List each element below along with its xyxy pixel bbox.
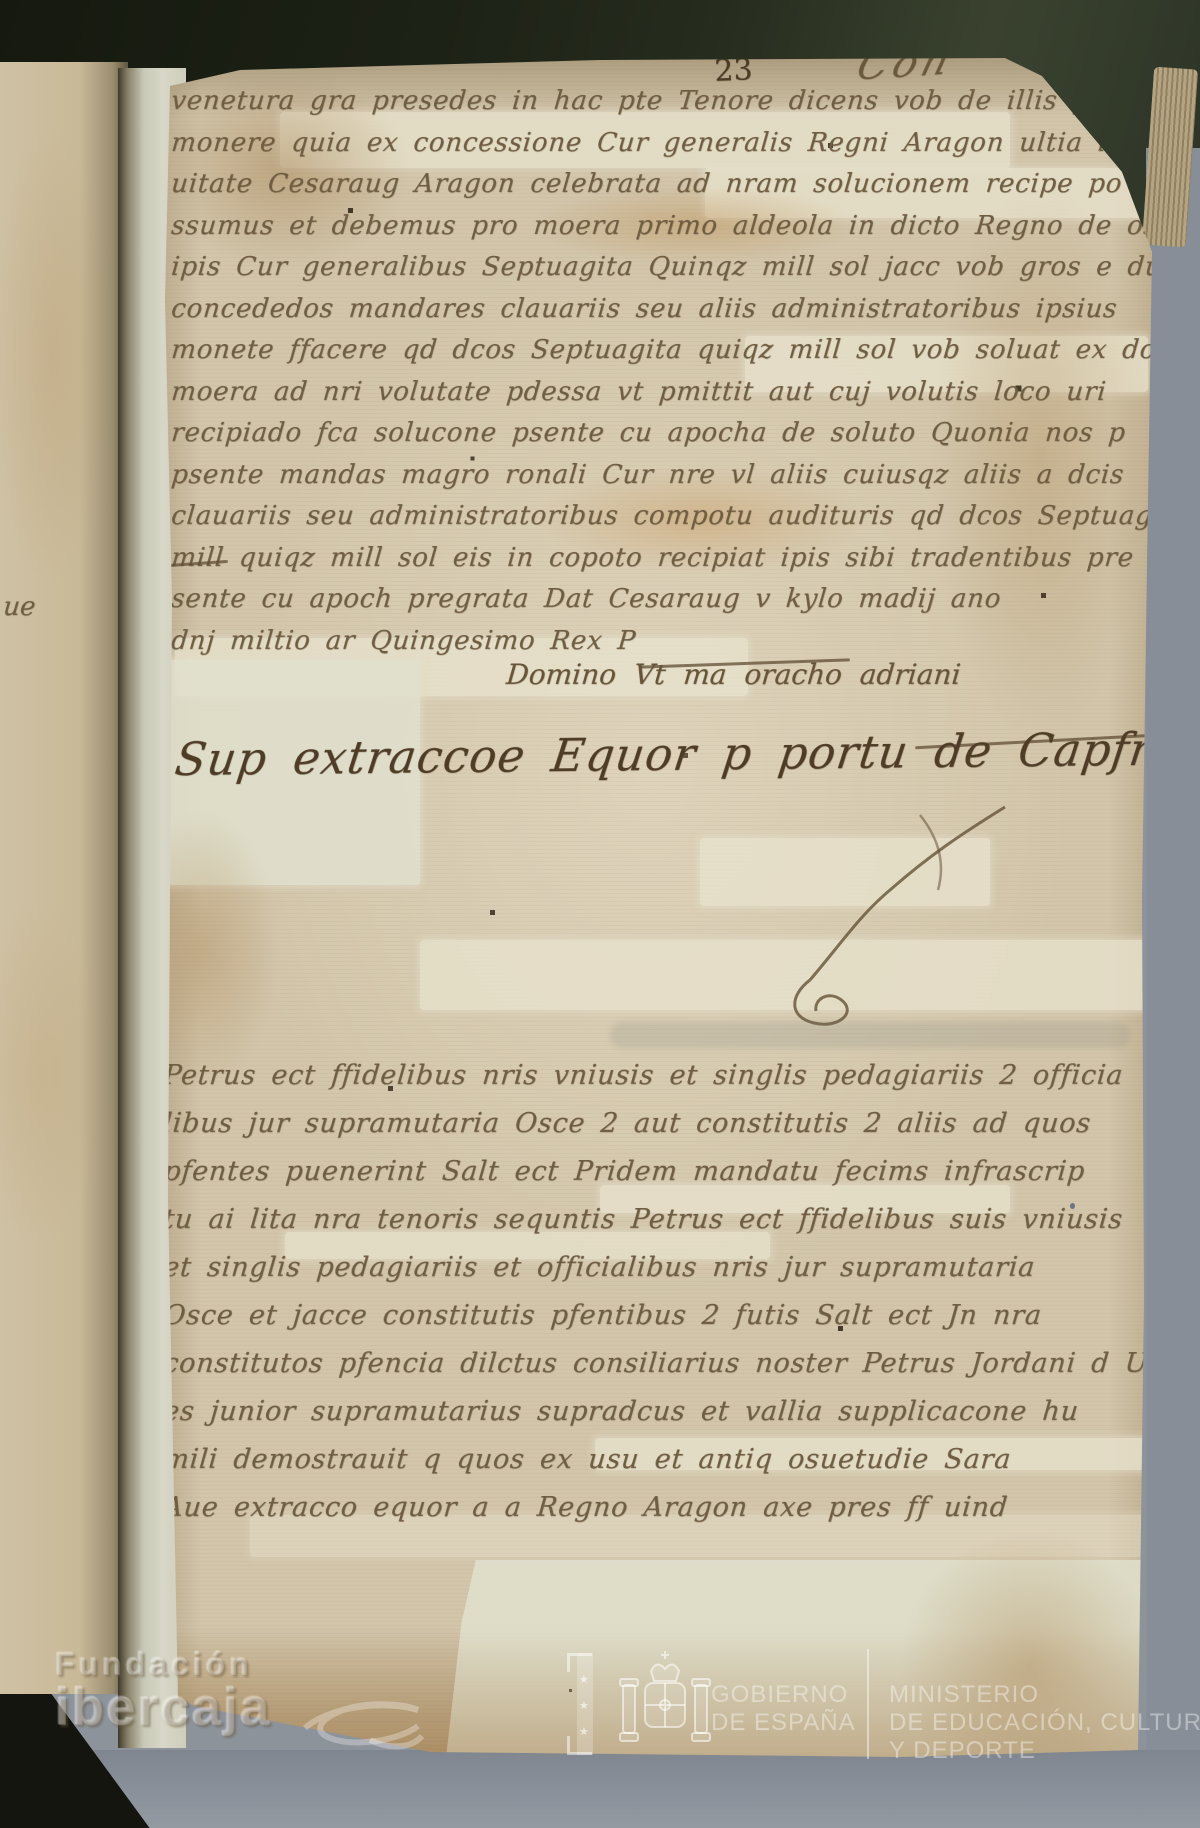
manuscript-line: uitate Cesaraug Aragon celebrata ad nram… bbox=[170, 169, 1124, 199]
margin-ink-mark: ue bbox=[2, 592, 37, 622]
manuscript-line: mili demostrauit q quos ex usu et antiq … bbox=[162, 1444, 1013, 1475]
manuscript-line: recipiado fca solucone psente cu apocha … bbox=[170, 418, 1127, 448]
manuscript-line: ipis Cur generalibus Septuagita Quinqz m… bbox=[170, 252, 1200, 282]
manuscript-line: pfentes puenerint Salt ect Pridem mandat… bbox=[162, 1156, 1086, 1187]
manuscript-line: concededos mandares clauariis seu aliis … bbox=[170, 294, 1119, 324]
spain-coat-of-arms-icon bbox=[615, 1649, 715, 1761]
ministerio-watermark-line2: DE EDUCACIÓN, CULTURA bbox=[889, 1709, 1200, 1737]
manuscript-photo-scene: ue 23 Con venetura gra presedes in hac p… bbox=[0, 0, 1200, 1828]
pen-flourish-icon bbox=[770, 795, 1020, 1035]
manuscript-line: Petrus ect ffidelibus nris vniusis et si… bbox=[162, 1060, 1125, 1091]
flag-bar-icon: ★★★ bbox=[567, 1653, 601, 1755]
watermark-divider bbox=[867, 1649, 869, 1759]
ministerio-watermark-line3: Y DEPORTE bbox=[889, 1737, 1036, 1765]
manuscript-line: es junior supramutarius supradcus et val… bbox=[162, 1396, 1080, 1427]
government-watermark: ★★★ GOBIERNO DE ESPAÑA MINISTERIO DE EDU… bbox=[555, 1645, 1200, 1765]
gobierno-watermark-line1: GOBIERNO bbox=[711, 1681, 848, 1709]
manuscript-line: clauariis seu administratoribus compotu … bbox=[170, 501, 1191, 531]
manuscript-line: monere quia ex concessione Cur generalis… bbox=[170, 128, 1165, 158]
faint-smudge bbox=[610, 1022, 1130, 1048]
previous-page-edge bbox=[0, 62, 128, 1694]
section-heading: Sup extraccoe Equor p portu de Capfranch… bbox=[172, 721, 1200, 786]
manuscript-line: sente cu apoch pregrata Dat Cesaraug v k… bbox=[170, 584, 1003, 614]
ibercaja-logo-icon bbox=[300, 1688, 425, 1758]
manuscript-line: tu ai lita nra tenoris sequntis Petrus e… bbox=[162, 1204, 1124, 1235]
manuscript-line: moera ad nri volutate pdessa vt pmittit … bbox=[170, 377, 1108, 407]
manuscript-line: venetura gra presedes in hac pte Tenore … bbox=[170, 86, 1176, 116]
manuscript-leaf: 23 Con venetura gra presedes in hac pte … bbox=[140, 50, 1160, 1762]
gobierno-watermark-line2: DE ESPAÑA bbox=[711, 1709, 856, 1737]
manuscript-line: dnj miltio ar Quingesimo Rex P bbox=[170, 626, 637, 656]
manuscript-line: constitutos pfencia dilctus consiliarius… bbox=[162, 1348, 1187, 1379]
manuscript-line: et singlis pedagiariis et officialibus n… bbox=[162, 1252, 1037, 1283]
manuscript-line: Aue extracco equor a a Regno Aragon axe … bbox=[162, 1492, 1009, 1523]
gray-table-right bbox=[1146, 148, 1200, 1828]
manuscript-line: psente mandas magro ronali Cur nre vl al… bbox=[170, 460, 1126, 490]
manuscript-line: libus jur supramutaria Osce 2 aut consti… bbox=[162, 1108, 1092, 1139]
manuscript-line: mill quiqz mill sol eis in copoto recipi… bbox=[170, 543, 1135, 573]
ministerio-watermark-line1: MINISTERIO bbox=[889, 1681, 1039, 1709]
manuscript-line: ssumus et debemus pro moera primo aldeol… bbox=[170, 211, 1200, 241]
signature-line: Domino Vt ma oracho adriani bbox=[505, 658, 962, 691]
manuscript-line: monete ffacere qd dcos Septuagita quiqz … bbox=[170, 335, 1173, 365]
manuscript-line: Osce et jacce constitutis pfentibus 2 fu… bbox=[162, 1300, 1043, 1331]
